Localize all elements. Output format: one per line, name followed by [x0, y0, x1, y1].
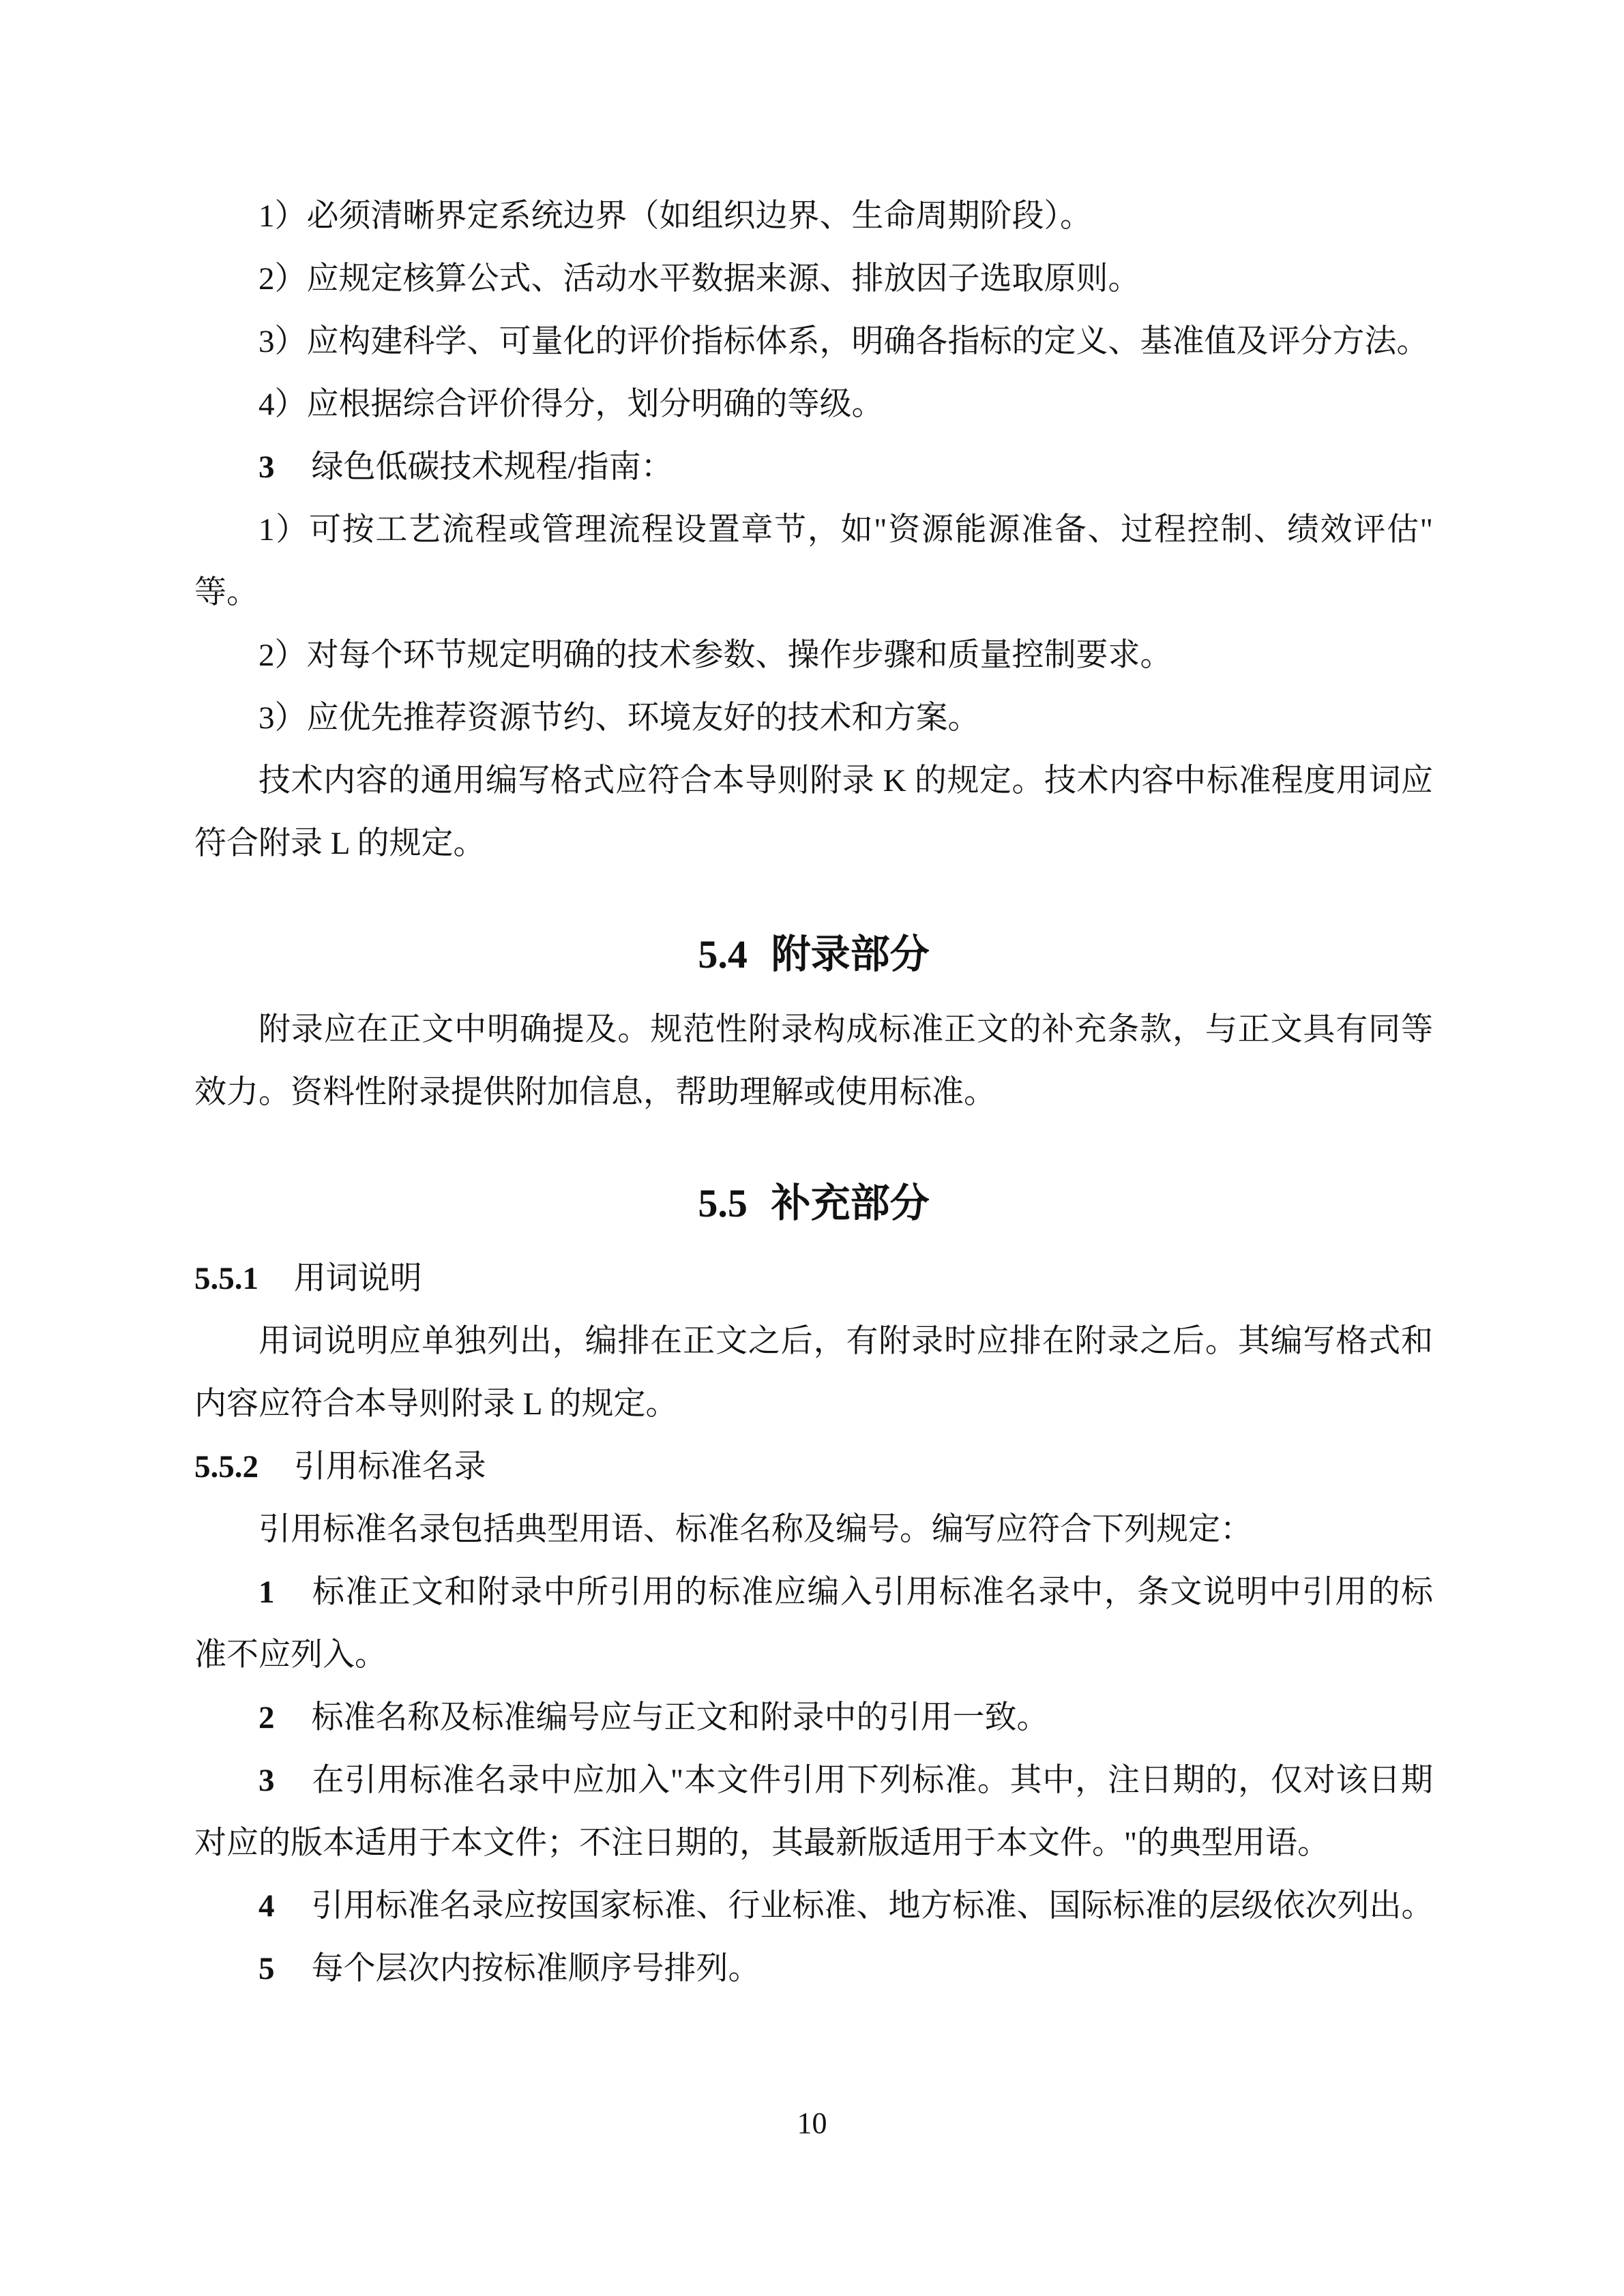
line-text: 效力。资料性附录提供附加信息，帮助理解或使用标准。 [194, 1075, 996, 1110]
text-line: 3在引用标准名录中应加入"本文件引用下列标准。其中，注日期的，仅对该日期 [194, 1749, 1433, 1812]
line-text: 标准名称及标准编号应与正文和附录中的引用一致。 [312, 1700, 1049, 1735]
line-text: 2）对每个环节规定明确的技术参数、操作步骤和质量控制要求。 [259, 638, 1172, 673]
line-text: 在引用标准名录中应加入"本文件引用下列标准。其中，注日期的，仅对该日期 [312, 1763, 1433, 1798]
line-text: 内容应符合本导则附录 L 的规定。 [194, 1386, 677, 1422]
line-text: 2）应规定核算公式、活动水平数据来源、排放因子选取原则。 [259, 261, 1140, 297]
section-number: 5.5.1 [194, 1261, 259, 1296]
line-text: 引用标准名录应按国家标准、行业标准、地方标准、国际标准的层级依次列出。 [312, 1888, 1434, 1924]
document-page: 1）必须清晰界定系统边界（如组织边界、生命周期阶段）。2）应规定核算公式、活动水… [0, 0, 1624, 2296]
line-text: 等。 [194, 575, 259, 610]
text-line: 2标准名称及标准编号应与正文和附录中的引用一致。 [194, 1686, 1433, 1749]
line-text: 用词说明应单独列出，编排在正文之后，有附录时应排在附录之后。其编写格式和 [259, 1324, 1433, 1359]
item-number: 5 [259, 1951, 275, 1986]
line-text: 引用标准名录包括典型用语、标准名称及编号。编写应符合下列规定： [259, 1512, 1252, 1547]
line-text: 4）应根据综合评价得分，划分明确的等级。 [259, 387, 884, 422]
text-line: 5每个层次内按标准顺序号排列。 [194, 1937, 1433, 2000]
line-text: 附录应在正文中明确提及。规范性附录构成标准正文的补充条款，与正文具有同等 [259, 1012, 1433, 1047]
text-line: 1）可按工艺流程或管理流程设置章节，如"资源能源准备、过程控制、绩效评估" [194, 498, 1433, 561]
item-number: 4 [259, 1888, 275, 1924]
section-heading: 5.4附录部分 [194, 914, 1433, 996]
text-line: 对应的版本适用于本文件；不注日期的，其最新版适用于本文件。"的典型用语。 [194, 1812, 1433, 1875]
text-line: 用词说明应单独列出，编排在正文之后，有附录时应排在附录之后。其编写格式和 [194, 1310, 1433, 1373]
text-line: 等。 [194, 561, 1433, 624]
line-text: 绿色低碳技术规程/指南： [312, 449, 673, 485]
section-number: 5.4 [698, 932, 748, 976]
item-number: 3 [259, 449, 275, 485]
line-text: 技术内容的通用编写格式应符合本导则附录 K 的规定。技术内容中标准程度用词应 [259, 763, 1433, 799]
page-content: 1）必须清晰界定系统边界（如组织边界、生命周期阶段）。2）应规定核算公式、活动水… [194, 0, 1433, 2000]
line-text: 1）必须清晰界定系统边界（如组织边界、生命周期阶段）。 [259, 198, 1092, 234]
section-heading: 5.5补充部分 [194, 1163, 1433, 1244]
text-line: 附录应在正文中明确提及。规范性附录构成标准正文的补充条款，与正文具有同等 [194, 998, 1433, 1061]
section-title: 附录部分 [771, 932, 930, 976]
line-text: 每个层次内按标准顺序号排列。 [312, 1951, 761, 1986]
text-line: 准不应列入。 [194, 1624, 1433, 1686]
line-text: 3）应优先推荐资源节约、环境友好的技术和方案。 [259, 700, 980, 736]
text-line: 4）应根据综合评价得分，划分明确的等级。 [194, 373, 1433, 436]
text-line: 2）对每个环节规定明确的技术参数、操作步骤和质量控制要求。 [194, 624, 1433, 687]
text-line: 内容应符合本导则附录 L 的规定。 [194, 1373, 1433, 1435]
line-text: 引用标准名录 [294, 1449, 486, 1485]
section-number: 5.5 [698, 1181, 748, 1225]
text-line: 3）应优先推荐资源节约、环境友好的技术和方案。 [194, 687, 1433, 749]
line-text: 对应的版本适用于本文件；不注日期的，其最新版适用于本文件。"的典型用语。 [194, 1825, 1329, 1861]
line-text: 标准正文和附录中所引用的标准应编入引用标准名录中，条文说明中引用的标 [312, 1575, 1433, 1610]
item-number: 1 [259, 1575, 275, 1610]
section-title: 补充部分 [771, 1181, 930, 1225]
text-line: 1）必须清晰界定系统边界（如组织边界、生命周期阶段）。 [194, 185, 1433, 248]
text-line: 3绿色低碳技术规程/指南： [194, 436, 1433, 498]
text-line: 效力。资料性附录提供附加信息，帮助理解或使用标准。 [194, 1061, 1433, 1124]
section-number: 5.5.2 [194, 1449, 259, 1485]
line-text: 用词说明 [294, 1261, 422, 1296]
text-line: 1标准正文和附录中所引用的标准应编入引用标准名录中，条文说明中引用的标 [194, 1561, 1433, 1624]
item-number: 3 [259, 1763, 275, 1798]
line-text: 1）可按工艺流程或管理流程设置章节，如"资源能源准备、过程控制、绩效评估" [259, 512, 1433, 548]
line-text: 3）应构建科学、可量化的评价指标体系，明确各指标的定义、基准值及评分方法。 [259, 324, 1429, 359]
text-line: 引用标准名录包括典型用语、标准名称及编号。编写应符合下列规定： [194, 1498, 1433, 1561]
page-number: 10 [0, 2092, 1624, 2155]
text-line: 2）应规定核算公式、活动水平数据来源、排放因子选取原则。 [194, 248, 1433, 310]
line-text: 准不应列入。 [194, 1637, 387, 1673]
text-line: 技术内容的通用编写格式应符合本导则附录 K 的规定。技术内容中标准程度用词应 [194, 749, 1433, 812]
item-number: 2 [259, 1700, 275, 1735]
clause-heading: 5.5.2引用标准名录 [194, 1435, 1433, 1498]
line-text: 符合附录 L 的规定。 [194, 826, 485, 861]
text-line: 3）应构建科学、可量化的评价指标体系，明确各指标的定义、基准值及评分方法。 [194, 310, 1433, 373]
text-line: 4引用标准名录应按国家标准、行业标准、地方标准、国际标准的层级依次列出。 [194, 1875, 1433, 1937]
text-line: 符合附录 L 的规定。 [194, 812, 1433, 875]
clause-heading: 5.5.1用词说明 [194, 1247, 1433, 1310]
